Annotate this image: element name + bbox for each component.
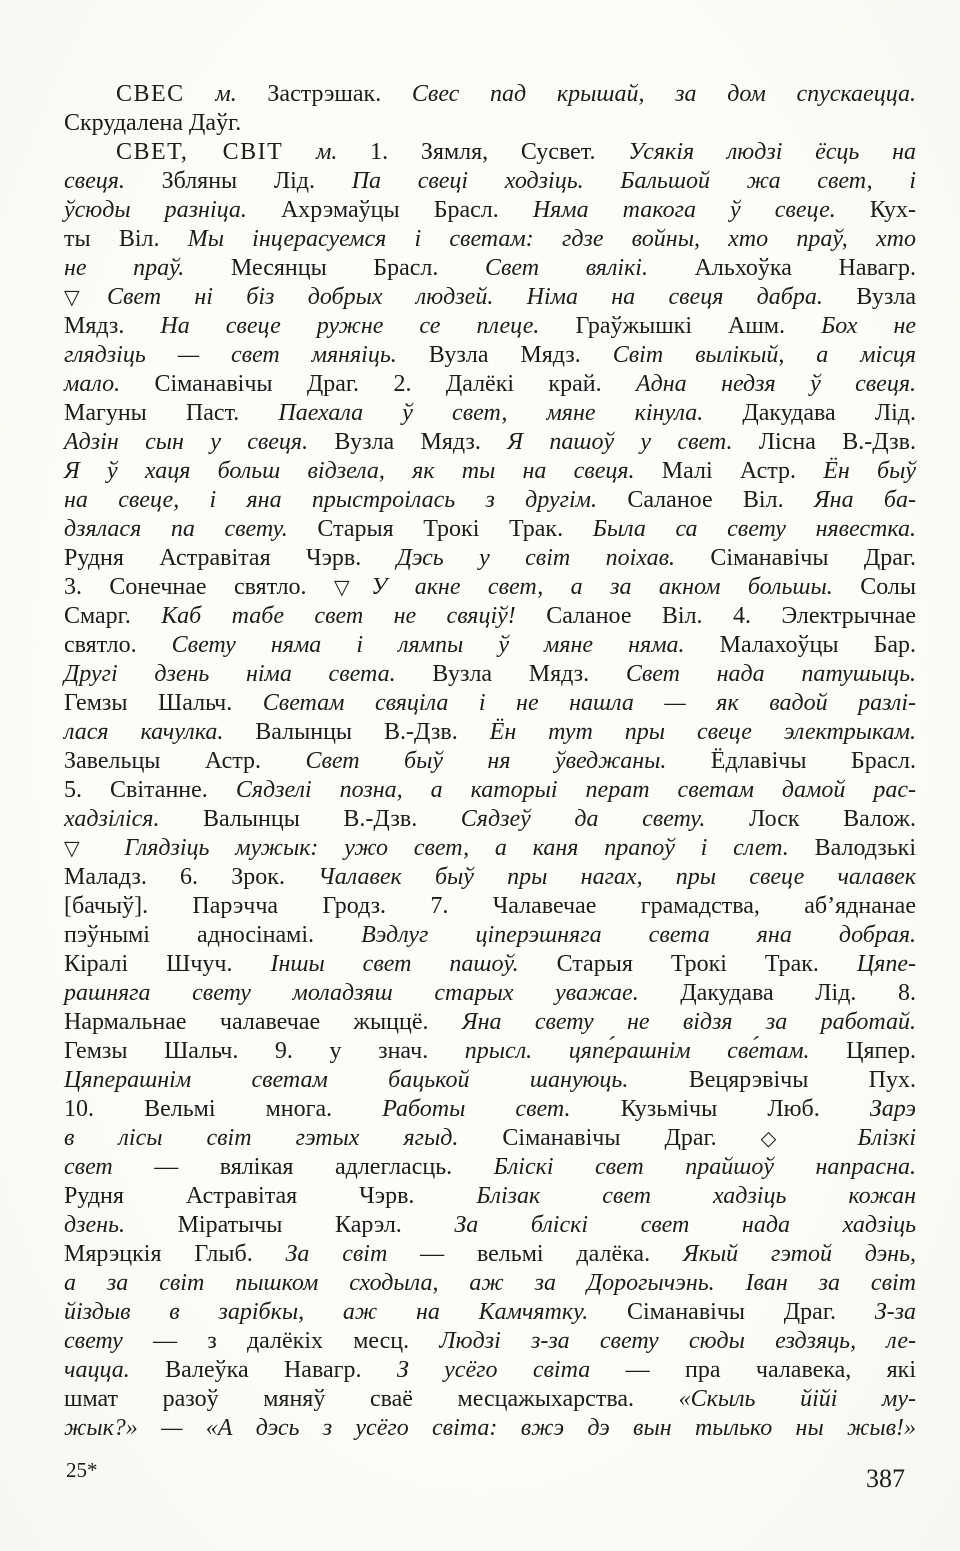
example-text: ўсюды разніца. xyxy=(64,197,281,223)
triangle-icon: ▽ xyxy=(64,838,124,860)
example-text: Свет ні біз добрых людзей. Німа на свеця… xyxy=(107,284,856,310)
text-line: Маладз. 6. Зрок. Чалавек быў пры нагах, … xyxy=(64,863,916,892)
example-text: Я ў хаця больш відзела, як ты на свеця. xyxy=(64,458,662,484)
example-text: Якый гэтой дэнь, xyxy=(683,1241,916,1267)
body-text: Ёдлавічы Брасл. xyxy=(711,748,916,774)
example-text: Няма такога ў свеце. xyxy=(533,197,870,223)
example-text: Сядзеў да свету. xyxy=(461,806,749,832)
example-text: Адзін сын у свеця. xyxy=(64,429,334,455)
diamond-icon: ◇ xyxy=(761,1128,858,1150)
text-line: [бачыў]. Парэчча Гродз. 7. Чалавечае гра… xyxy=(64,892,916,921)
body-text: Лісна В.-Дзв. xyxy=(759,429,916,455)
text-line: Мярэцкія Глыб. За світ — вельмі далёка. … xyxy=(64,1240,916,1269)
body-text: Вузла Мядз. xyxy=(429,342,613,368)
body-text: Застрэшак. xyxy=(267,81,412,107)
text-line: Скрудалена Даўг. xyxy=(64,109,916,138)
text-line: рашняга свету моладзяш старых уважае. Да… xyxy=(64,979,916,1008)
example-text: «Скыль йійі му- xyxy=(679,1386,916,1412)
example-text: Цяпе- xyxy=(857,951,916,977)
text-line: Другі дзень німа света. Вузла Мядз. Свет… xyxy=(64,660,916,689)
example-text: Людзі з-за свету сюды ездзяць, ле- xyxy=(439,1328,916,1354)
text-line: лася качулка. Валынцы В.-Дзв. Ён тут пры… xyxy=(64,718,916,747)
text-line: 10. Вельмі многа. Работы свет. Кузьмічы … xyxy=(64,1095,916,1124)
text-line: ▽Свет ні біз добрых людзей. Німа на свец… xyxy=(64,283,916,312)
body-text: Збляны Лід. xyxy=(162,168,352,194)
text-line: свету — з далёкіх месц. Людзі з-за свету… xyxy=(64,1327,916,1356)
text-line: пэўнымі адносінамі. Вэдлуг ціперэшняга с… xyxy=(64,921,916,950)
body-text: шмат разоў мяняў сваё месцажыхарства. xyxy=(64,1386,679,1412)
example-text: йіздыв в зарібкы, аж на Камчятку. xyxy=(64,1299,627,1325)
example-text: глядзіць — свет мяняіць. xyxy=(64,342,429,368)
example-text: Свет быў ня ўведжаны. xyxy=(305,748,710,774)
example-text: м. xyxy=(283,139,370,165)
body-text: — пра чалавека, які xyxy=(626,1357,916,1383)
example-text: Усякія людзі ёсць на xyxy=(628,139,916,165)
body-text: Мярэцкія Глыб. xyxy=(64,1241,286,1267)
body-text: Валынцы В.-Дзв. xyxy=(203,806,461,832)
body-text: — з далёкіх месц. xyxy=(153,1328,439,1354)
text-line: Завельцы Астр. Свет быў ня ўведжаны. Ёдл… xyxy=(64,747,916,776)
example-text: На свеце ружне се плеце. xyxy=(160,313,575,339)
example-text: Адна недзя ў свеця. xyxy=(636,371,916,397)
example-text: Яна ба- xyxy=(814,487,916,513)
example-text: Па свеці ходзіць. Бальшой жа свет, і xyxy=(352,168,916,194)
text-line: Гемзы Шальч. 9. у знач. прысл. цяпе́рашн… xyxy=(64,1037,916,1066)
example-text: Глядзіць мужык: ужо свет, а каня прапоў … xyxy=(124,835,814,861)
text-line: шмат разоў мяняў сваё месцажыхарства. «С… xyxy=(64,1385,916,1414)
example-text: Сядзелі позна, а каторыі перат светам да… xyxy=(236,777,916,803)
body-text: Гемзы Шальч. xyxy=(64,690,263,716)
example-text: дзень. xyxy=(64,1212,178,1238)
example-text: Работы свет. xyxy=(382,1096,620,1122)
body-text: Вузла Мядз. xyxy=(432,661,626,687)
body-text: Рудня Астравітая Чэрв. xyxy=(64,545,397,571)
body-text: ты Віл. xyxy=(64,226,188,252)
text-line: святло. Свету няма і лямпы ў мяне няма. … xyxy=(64,631,916,660)
example-text: Яна свету не відзя за работай. xyxy=(462,1009,916,1035)
body-text: Рудня Астравітая Чэрв. xyxy=(64,1183,476,1209)
headword-svet-svit: СВЕТ, СВІТ xyxy=(116,139,283,165)
example-text: Мы інцерасуемся і светам: гдзе войны, хт… xyxy=(188,226,916,252)
body-text: 5. Світанне. xyxy=(64,777,236,803)
body-text: Кіралі Шчуч. xyxy=(64,951,270,977)
body-text: — вялікая адлегласць. xyxy=(154,1154,493,1180)
text-line: ўсюды разніца. Ахрэмаўцы Брасл. Няма так… xyxy=(64,196,916,225)
body-text: Магуны Паст. xyxy=(64,400,278,426)
example-text: Свет вялікі. xyxy=(485,255,695,281)
text-line: Кіралі Шчуч. Іншы свет пашоў. Старыя Тро… xyxy=(64,950,916,979)
example-text: в лісы світ гэтых ягыд. xyxy=(64,1125,502,1151)
example-text: Ён тут пры свеце электрыкам. xyxy=(490,719,916,745)
body-text: 10. Вельмі многа. xyxy=(64,1096,382,1122)
body-text: Малахоўцы Бар. xyxy=(720,632,916,658)
text-line: ты Віл. Мы інцерасуемся і светам: гдзе в… xyxy=(64,225,916,254)
example-text: Світ вылікый, а місця xyxy=(613,342,916,368)
example-text: прысл. цяпе́рашнім све́там. xyxy=(465,1038,846,1064)
body-text: Скрудалена Даўг. xyxy=(64,110,241,136)
text-line: дзялася па свету. Старыя Трокі Трак. Был… xyxy=(64,515,916,544)
body-text: Маладз. 6. Зрок. xyxy=(64,864,318,890)
text-line: Нармальнае чалавечае жыццё. Яна свету не… xyxy=(64,1008,916,1037)
example-text: Другі дзень німа света. xyxy=(64,661,432,687)
headword-sves: СВЕС xyxy=(116,81,185,107)
triangle-icon: ▽ xyxy=(64,287,107,309)
example-text: жык?» — «А дэсь з усёго світа: вжэ дэ вы… xyxy=(64,1415,916,1441)
body-text: Дакудава Лід. xyxy=(742,400,916,426)
text-line: в лісы світ гэтых ягыд. Сіманавічы Драг.… xyxy=(64,1124,916,1153)
example-text: свеця. xyxy=(64,168,162,194)
body-text: 1. Зямля, Сусвет. xyxy=(370,139,628,165)
body-text: Кузьмічы Люб. xyxy=(621,1096,870,1122)
body-text: Валынцы В.-Дзв. xyxy=(255,719,489,745)
example-text: Блізкі xyxy=(857,1125,916,1151)
body-text: Вузла Мядз. xyxy=(334,429,507,455)
example-text: Ён быў xyxy=(823,458,916,484)
text-line: на свеце, і яна прыстроілась з другім. С… xyxy=(64,486,916,515)
text-line: а за світ пышком сходыла, аж за Дорогычэ… xyxy=(64,1269,916,1298)
example-text: Бох не xyxy=(821,313,916,339)
example-text: Блізак свет хадзіць кожан xyxy=(476,1183,916,1209)
body-text: Нармальнае чалавечае жыццё. xyxy=(64,1009,462,1035)
body-text: Мядз. xyxy=(64,313,160,339)
text-line: Магуны Паст. Паехала ў свет, мяне кінула… xyxy=(64,399,916,428)
example-text: не праў. xyxy=(64,255,231,281)
text-line: Адзін сын у свеця. Вузла Мядз. Я пашоў у… xyxy=(64,428,916,457)
body-text: Старыя Трокі Трак. xyxy=(557,951,857,977)
text-line: 3. Сонечнае святло. ▽У акне свет, а за а… xyxy=(64,573,916,602)
signature-mark: 25* xyxy=(66,1458,98,1483)
text-line: СВЕТ, СВІТ м. 1. Зямля, Сусвет. Усякія л… xyxy=(64,138,916,167)
example-text: Каб табе свет не свяціў! xyxy=(161,603,546,629)
example-text: Свету няма і лямпы ў мяне няма. xyxy=(172,632,720,658)
page-number: 387 xyxy=(866,1464,905,1494)
body-text: Альхоўка Навагр. xyxy=(695,255,916,281)
text-line: свеця. Збляны Лід. Па свеці ходзіць. Бал… xyxy=(64,167,916,196)
text-line: Цяперашнім светам бацькой шануюць. Вецяр… xyxy=(64,1066,916,1095)
body-text: Саланое Віл. xyxy=(627,487,814,513)
example-text: чацца. xyxy=(64,1357,165,1383)
text-line: мало. Сіманавічы Драг. 2. Далёкі край. А… xyxy=(64,370,916,399)
body-text: Вузла xyxy=(856,284,916,310)
body-text: Ахрэмаўцы Брасл. xyxy=(281,197,533,223)
example-text: Я пашоў у свет. xyxy=(507,429,759,455)
example-text: Вэдлуг ціперэшняга света яна добрая. xyxy=(361,922,916,948)
example-text: Чалавек быў пры нагах, пры свеце чалавек xyxy=(318,864,916,890)
example-text: на свеце, і яна прыстроілась з другім. xyxy=(64,487,627,513)
body-text: Солы xyxy=(860,574,916,600)
body-text: Кух- xyxy=(870,197,916,223)
text-line: Гемзы Шальч. Светам свяціла і не нашла —… xyxy=(64,689,916,718)
body-text: Дакудава Лід. 8. xyxy=(680,980,916,1006)
example-text: Дэсь у світ поіхав. xyxy=(397,545,711,571)
example-text: За бліскі свет нада хадзіць xyxy=(454,1212,916,1238)
text-line: дзень. Міратычы Карэл. За бліскі свет на… xyxy=(64,1211,916,1240)
example-text: Іншы свет пашоў. xyxy=(270,951,556,977)
example-text: З-за xyxy=(875,1299,916,1325)
body-text: Міратычы Карэл. xyxy=(178,1212,455,1238)
text-line: 5. Світанне. Сядзелі позна, а каторыі пе… xyxy=(64,776,916,805)
body-text: Цяпер. xyxy=(846,1038,916,1064)
text-line: хадзіліся. Валынцы В.-Дзв. Сядзеў да све… xyxy=(64,805,916,834)
body-text: Сіманавічы Драг. xyxy=(627,1299,875,1325)
text-line: Рудня Астравітая Чэрв. Блізак свет хадзі… xyxy=(64,1182,916,1211)
text-line: жык?» — «А дэсь з усёго світа: вжэ дэ вы… xyxy=(64,1414,916,1443)
text-line: свет — вялікая адлегласць. Бліскі свет п… xyxy=(64,1153,916,1182)
example-text: У акне свет, а за акном большы. xyxy=(371,574,860,600)
example-text: Цяперашнім светам бацькой шануюць. xyxy=(64,1067,689,1093)
example-text: лася качулка. xyxy=(64,719,255,745)
body-text: Сіманавічы Драг. xyxy=(502,1125,760,1151)
example-text: З усёго світа xyxy=(397,1357,626,1383)
body-text: Вецярэвічы Пух. xyxy=(689,1067,916,1093)
text-line: Я ў хаця больш відзела, як ты на свеця. … xyxy=(64,457,916,486)
triangle-icon: ▽ xyxy=(334,577,371,599)
example-text: Бліскі свет прайшоў напрасна. xyxy=(494,1154,916,1180)
body-text: пэўнымі адносінамі. xyxy=(64,922,361,948)
example-text: Светам свяціла і не нашла — як вадой раз… xyxy=(263,690,916,716)
body-text: Граўжышкі Ашм. xyxy=(575,313,821,339)
text-line: чацца. Валеўка Навагр. З усёго світа — п… xyxy=(64,1356,916,1385)
example-text: хадзіліся. xyxy=(64,806,203,832)
example-text: дзялася па свету. xyxy=(64,516,317,542)
example-text: а за світ пышком сходыла, аж за Дорогычэ… xyxy=(64,1270,916,1296)
dictionary-page: СВЕС м. Застрэшак. Свес пад крышай, за д… xyxy=(0,0,960,1551)
text-line: ▽ Глядзіць мужык: ужо свет, а каня прапо… xyxy=(64,834,916,863)
text-line: Рудня Астравітая Чэрв. Дэсь у світ поіха… xyxy=(64,544,916,573)
example-text: м. xyxy=(185,81,268,107)
body-text: Малі Астр. xyxy=(662,458,823,484)
text-line: Смарг. Каб табе свет не свяціў! Саланое … xyxy=(64,602,916,631)
example-text: свету xyxy=(64,1328,153,1354)
body-text: Валодзькі xyxy=(815,835,916,861)
body-text: — вельмі далёка. xyxy=(420,1241,683,1267)
body-text: Валеўка Навагр. xyxy=(165,1357,397,1383)
body-text: Лоск Валож. xyxy=(749,806,916,832)
example-text: мало. xyxy=(64,371,154,397)
text-line: не праў. Месянцы Брасл. Свет вялікі. Аль… xyxy=(64,254,916,283)
text-line: глядзіць — свет мяняіць. Вузла Мядз. Сві… xyxy=(64,341,916,370)
example-text: рашняга свету моладзяш старых уважае. xyxy=(64,980,680,1006)
body-text: Смарг. xyxy=(64,603,161,629)
body-text: Сіманавічы Драг. 2. Далёкі край. xyxy=(154,371,636,397)
text-line: Мядз. На свеце ружне се плеце. Граўжышкі… xyxy=(64,312,916,341)
text-line: йіздыв в зарібкы, аж на Камчятку. Сімана… xyxy=(64,1298,916,1327)
text-line: СВЕС м. Застрэшак. Свес пад крышай, за д… xyxy=(64,80,916,109)
body-text: Саланое Віл. 4. Электрычнае xyxy=(546,603,916,629)
body-text: 3. Сонечнае святло. xyxy=(64,574,334,600)
body-text: Гемзы Шальч. 9. у знач. xyxy=(64,1038,465,1064)
body-text: Завельцы Астр. xyxy=(64,748,305,774)
example-text: Свес пад крышай, за дом спускаецца. xyxy=(412,81,916,107)
body-text: святло. xyxy=(64,632,172,658)
body-text: Месянцы Брасл. xyxy=(231,255,485,281)
example-text: За світ xyxy=(286,1241,421,1267)
example-text: Паехала ў свет, мяне кінула. xyxy=(278,400,742,426)
example-text: Свет нада патушыць. xyxy=(626,661,916,687)
example-text: Была са свету нявестка. xyxy=(593,516,916,542)
body-text: Сіманавічы Драг. xyxy=(710,545,916,571)
example-text: Зарэ xyxy=(870,1096,916,1122)
body-text: Старыя Трокі Трак. xyxy=(317,516,592,542)
example-text: свет xyxy=(64,1154,154,1180)
entry-text-block: СВЕС м. Застрэшак. Свес пад крышай, за д… xyxy=(64,80,916,1443)
body-text: [бачыў]. Парэчча Гродз. 7. Чалавечае гра… xyxy=(64,893,916,919)
